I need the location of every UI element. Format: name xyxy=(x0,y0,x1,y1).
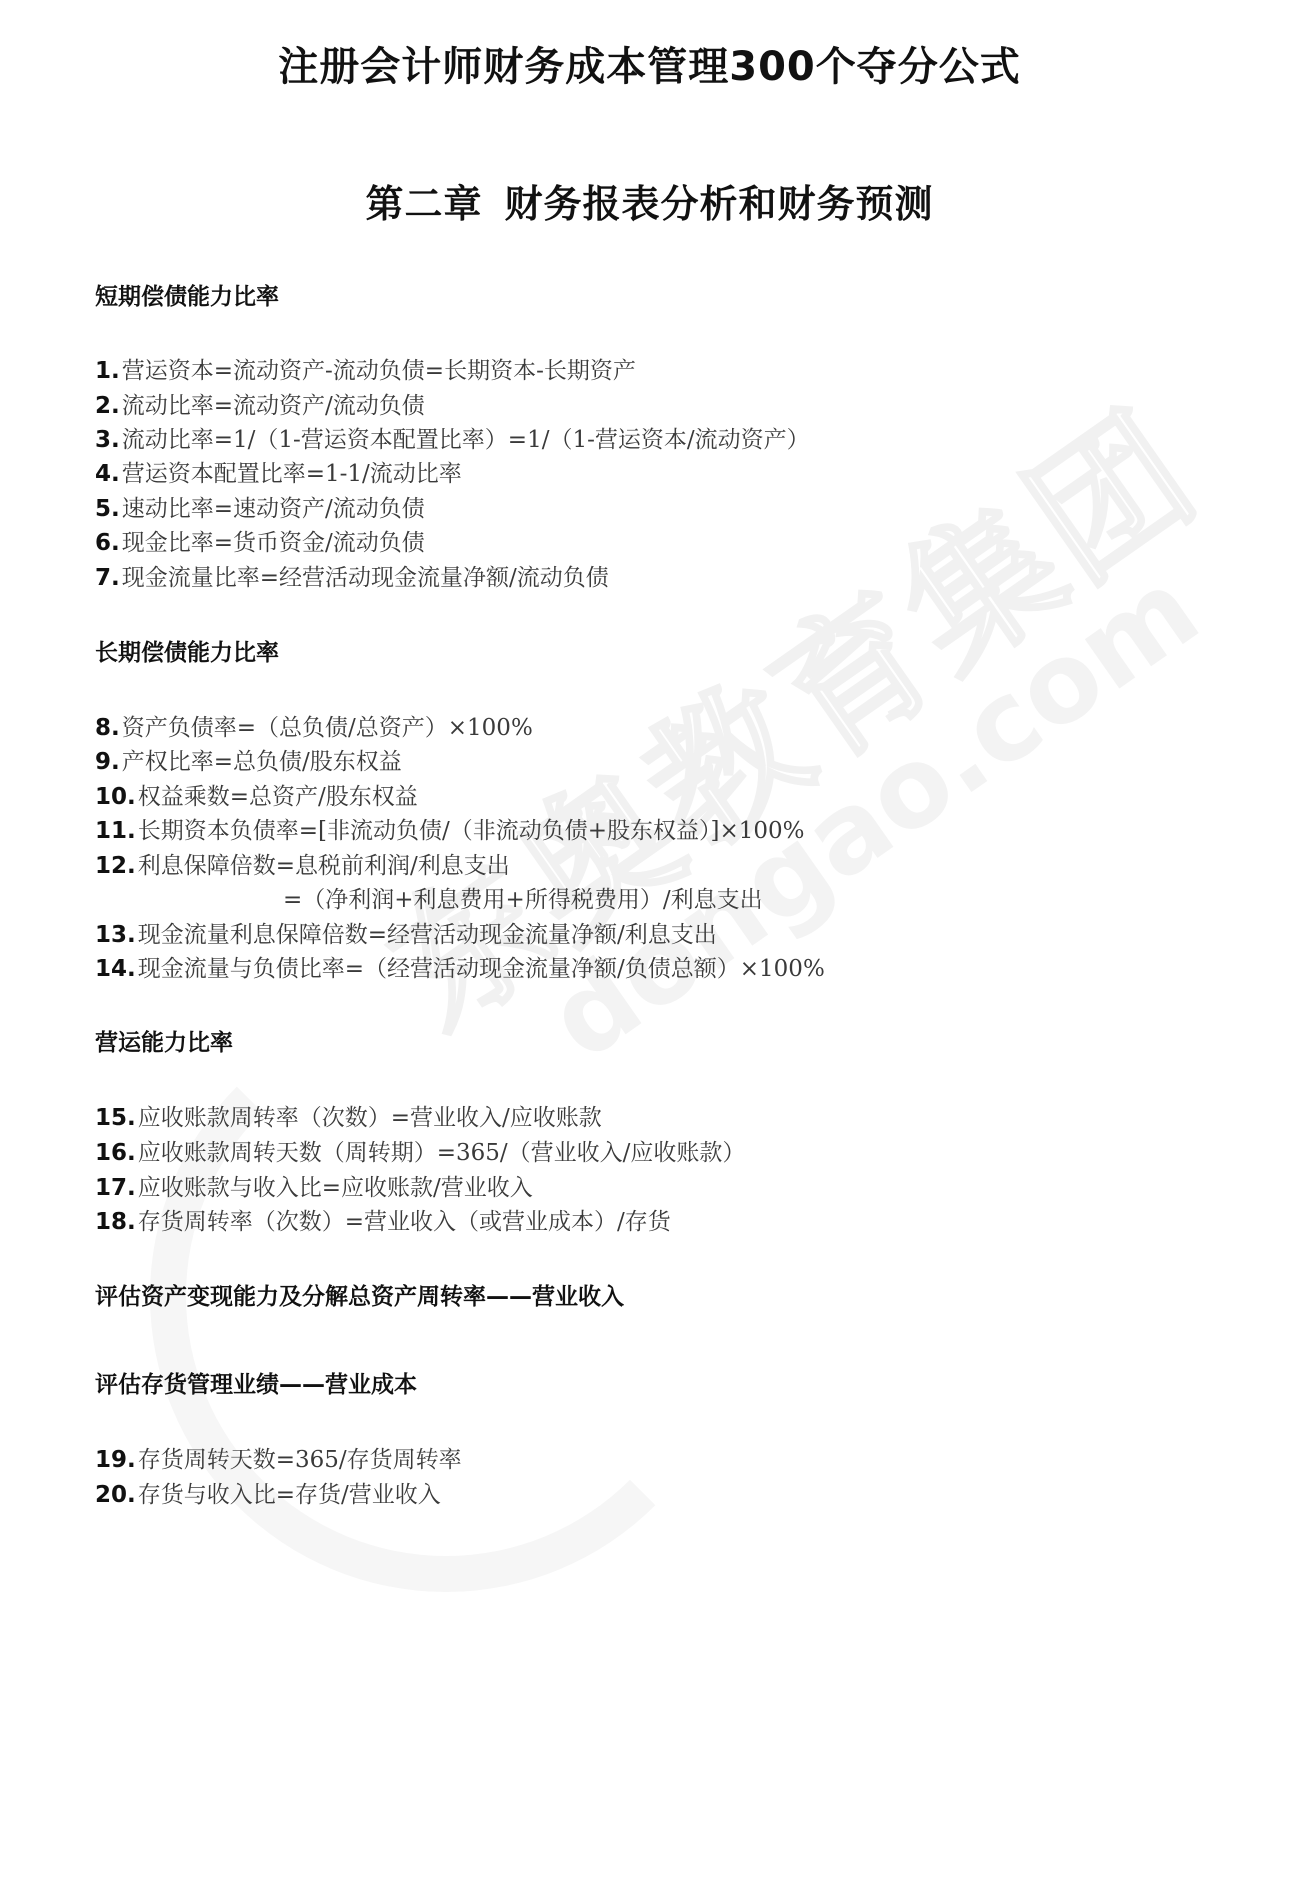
formula-item: 2.流动比率=流动资产/流动负债 xyxy=(95,395,425,418)
formula-text: 产权比率=总负债/股东权益 xyxy=(122,749,402,775)
section-heading-short-term-solvency: 短期偿债能力比率 xyxy=(95,286,279,309)
formula-item: 9.产权比率=总负债/股东权益 xyxy=(95,751,402,774)
formula-text: 存货与收入比=存货/营业收入 xyxy=(138,1482,441,1508)
formula-text: 存货周转天数=365/存货周转率 xyxy=(138,1447,462,1473)
formula-item: 17.应收账款与收入比=应收账款/营业收入 xyxy=(95,1177,533,1200)
formula-item: 8.资产负债率=（总负债/总资产）×100% xyxy=(95,717,533,740)
formula-number: 1. xyxy=(95,358,120,384)
formula-item: 1.营运资本=流动资产-流动负债=长期资本-长期资产 xyxy=(95,360,636,383)
formula-text: 流动比率=流动资产/流动负债 xyxy=(122,393,425,419)
formula-item: 18.存货周转率（次数）=营业收入（或营业成本）/存货 xyxy=(95,1211,671,1234)
formula-number: 4. xyxy=(95,461,120,487)
formula-item: 12.利息保障倍数=息税前利润/利息支出 xyxy=(95,855,510,878)
chapter-title: 第二章财务报表分析和财务预测 xyxy=(0,185,1299,223)
formula-item: 15.应收账款周转率（次数）=营业收入/应收账款 xyxy=(95,1107,602,1130)
formula-text: 营运资本=流动资产-流动负债=长期资本-长期资产 xyxy=(122,358,636,384)
formula-text: 现金流量比率=经营活动现金流量净额/流动负债 xyxy=(122,565,609,591)
formula-item: 20.存货与收入比=存货/营业收入 xyxy=(95,1484,441,1507)
section-heading-long-term-solvency: 长期偿债能力比率 xyxy=(95,642,279,665)
formula-item: 6.现金比率=货币资金/流动负债 xyxy=(95,532,425,555)
formula-number: 10. xyxy=(95,784,136,810)
formula-number: 2. xyxy=(95,393,120,419)
formula-number: 6. xyxy=(95,530,120,556)
document-title: 注册会计师财务成本管理300个夺分公式 xyxy=(0,47,1299,87)
formula-number: 13. xyxy=(95,922,136,948)
formula-text: 存货周转率（次数）=营业收入（或营业成本）/存货 xyxy=(138,1209,671,1235)
formula-number: 12. xyxy=(95,853,136,879)
formula-item: 11.长期资本负债率=[非流动负债/（非流动负债+股东权益）]×100% xyxy=(95,820,805,843)
formula-number: 3. xyxy=(95,427,120,453)
section-heading-operating-capacity: 营运能力比率 xyxy=(95,1032,233,1055)
document-page: 东奥教育集团 dongao.com 注册会计师财务成本管理300个夺分公式 第二… xyxy=(0,0,1299,1903)
formula-text: 应收账款与收入比=应收账款/营业收入 xyxy=(138,1175,533,1201)
formula-number: 18. xyxy=(95,1209,136,1235)
watermark-en-text: dongao.com xyxy=(526,544,1221,1084)
formula-number: 16. xyxy=(95,1140,136,1166)
formula-text: 速动比率=速动资产/流动负债 xyxy=(122,496,425,522)
formula-number: 5. xyxy=(95,496,120,522)
formula-text: 应收账款周转天数（周转期）=365/（营业收入/应收账款） xyxy=(138,1140,746,1166)
formula-number: 17. xyxy=(95,1175,136,1201)
formula-item: 4.营运资本配置比率=1-1/流动比率 xyxy=(95,463,462,486)
chapter-name: 财务报表分析和财务预测 xyxy=(505,182,934,226)
formula-text: 资产负债率=（总负债/总资产）×100% xyxy=(122,715,533,741)
formula-number: 11. xyxy=(95,818,136,844)
formula-text: 长期资本负债率=[非流动负债/（非流动负债+股东权益）]×100% xyxy=(138,818,805,844)
formula-number: 14. xyxy=(95,956,136,982)
section-heading-inventory-management: 评估存货管理业绩——营业成本 xyxy=(95,1374,417,1397)
formula-number: 8. xyxy=(95,715,120,741)
formula-text: 现金比率=货币资金/流动负债 xyxy=(122,530,425,556)
formula-number: 15. xyxy=(95,1105,136,1131)
formula-number: 19. xyxy=(95,1447,136,1473)
formula-item: 7.现金流量比率=经营活动现金流量净额/流动负债 xyxy=(95,567,609,590)
formula-item: 13.现金流量利息保障倍数=经营活动现金流量净额/利息支出 xyxy=(95,924,717,947)
formula-text: 营运资本配置比率=1-1/流动比率 xyxy=(122,461,462,487)
formula-number: 20. xyxy=(95,1482,136,1508)
formula-text: 现金流量与负债比率=（经营活动现金流量净额/负债总额）×100% xyxy=(138,956,825,982)
section-heading-asset-liquidity: 评估资产变现能力及分解总资产周转率——营业收入 xyxy=(95,1286,624,1309)
formula-item: 19.存货周转天数=365/存货周转率 xyxy=(95,1449,462,1472)
formula-item: 16.应收账款周转天数（周转期）=365/（营业收入/应收账款） xyxy=(95,1142,745,1165)
formula-text: 利息保障倍数=息税前利润/利息支出 xyxy=(138,853,510,879)
formula-item: 3.流动比率=1/（1-营运资本配置比率）=1/（1-营运资本/流动资产） xyxy=(95,429,810,452)
chapter-label: 第二章 xyxy=(365,182,482,226)
formula-number: 9. xyxy=(95,749,120,775)
formula-item: 14.现金流量与负债比率=（经营活动现金流量净额/负债总额）×100% xyxy=(95,958,825,981)
formula-continuation: =（净利润+利息费用+所得税费用）/利息支出 xyxy=(283,889,763,912)
formula-item: 5.速动比率=速动资产/流动负债 xyxy=(95,498,425,521)
formula-text: 流动比率=1/（1-营运资本配置比率）=1/（1-营运资本/流动资产） xyxy=(122,427,810,453)
formula-text: 权益乘数=总资产/股东权益 xyxy=(138,784,418,810)
formula-text: 现金流量利息保障倍数=经营活动现金流量净额/利息支出 xyxy=(138,922,717,948)
formula-number: 7. xyxy=(95,565,120,591)
formula-item: 10.权益乘数=总资产/股东权益 xyxy=(95,786,418,809)
formula-text: 应收账款周转率（次数）=营业收入/应收账款 xyxy=(138,1105,602,1131)
